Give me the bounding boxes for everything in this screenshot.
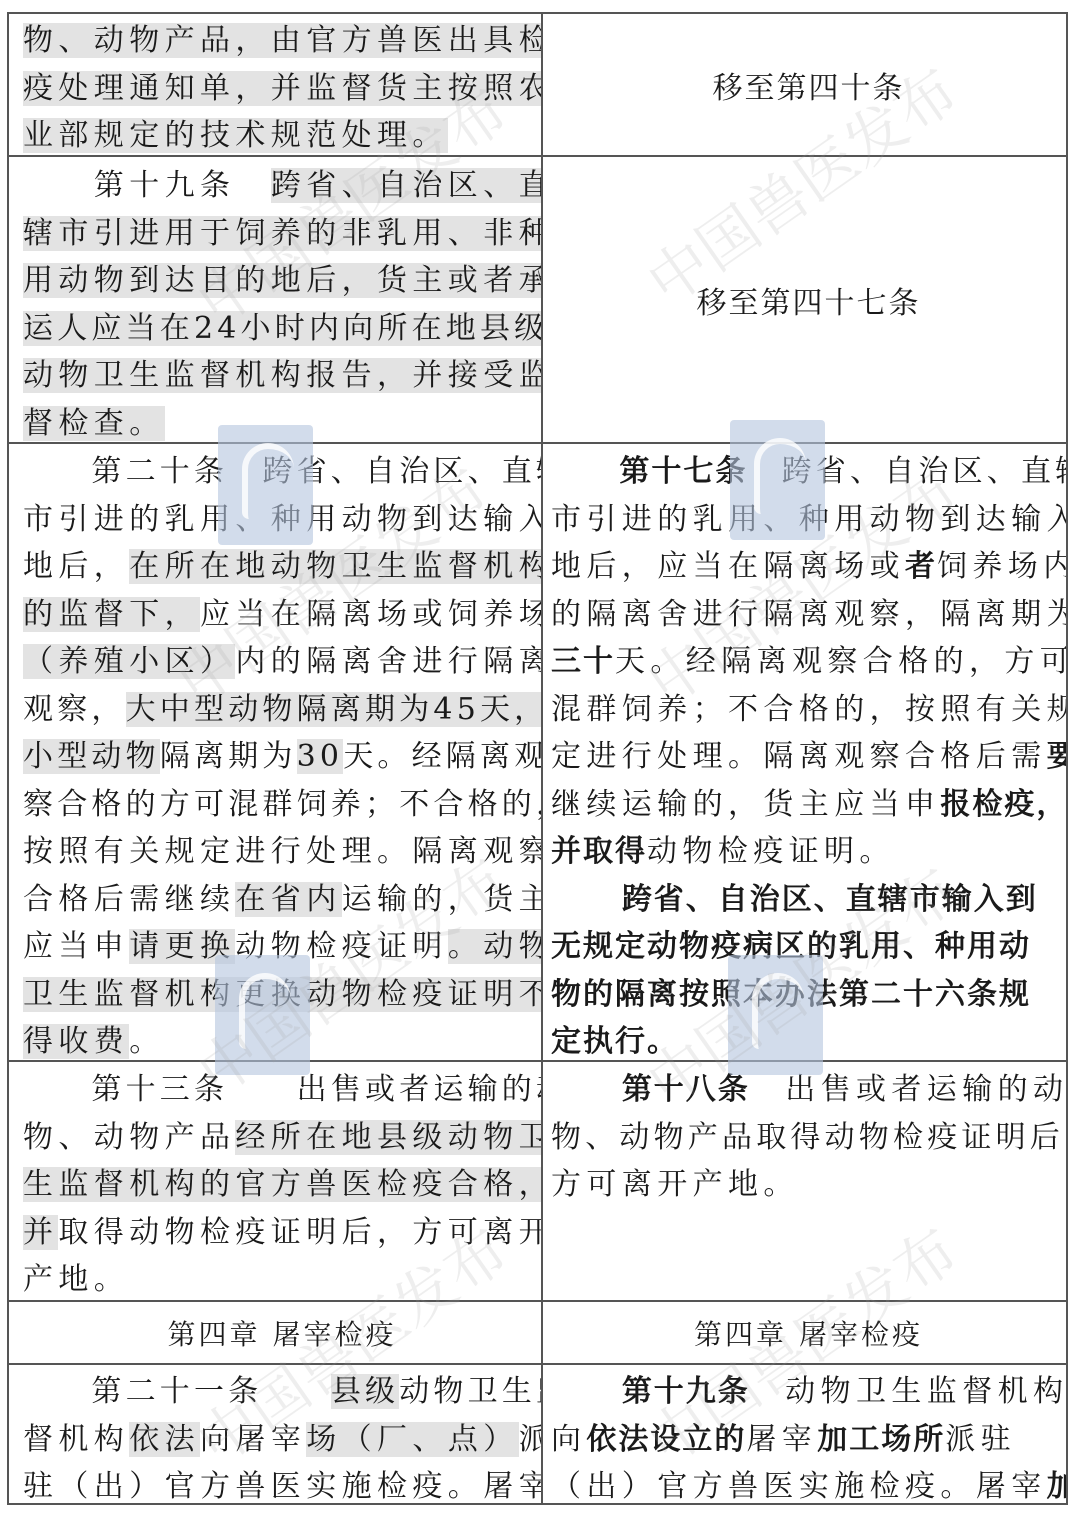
text-line: 应当申请更换动物检疫证明。动物 — [23, 923, 541, 971]
text-line: 观察，大中型动物隔离期为45天， — [23, 686, 541, 734]
highlighted-text: 县级 — [331, 1374, 399, 1409]
text-segment: 动物检疫证明 — [235, 929, 447, 964]
text-segment: 督机构 — [23, 1422, 129, 1457]
text-line: 物、动物产品，由官方兽医出具检 — [23, 17, 541, 65]
bold-revision-text: 三十 — [551, 644, 615, 679]
text-line: 按照有关规定进行处理。隔离观察 — [23, 828, 541, 876]
highlighted-text: 小型动物 — [23, 739, 160, 774]
text-segment: 取得动物检疫证明后，方可离开 — [58, 1215, 543, 1250]
text-segment — [551, 454, 619, 489]
text-line: 物、动物产品取得动物检疫证明后， — [551, 1114, 1066, 1162]
text-line: 第十三条 出售或者运输的动 — [23, 1066, 541, 1114]
text-line: 三十天。经隔离观察合格的，方可 — [551, 638, 1066, 686]
text-line: （出）官方兽医实施检疫。屠宰加 — [551, 1463, 1066, 1503]
bold-revision-text: 加工场所 — [817, 1422, 945, 1457]
table-row: 第二十条 跨省、自治区、直辖市引进的乳用、种用动物到达输入地后，在所在地动物卫生… — [9, 442, 1066, 1060]
text-segment: 向 — [551, 1422, 586, 1457]
bold-revision-text: 要 — [1047, 739, 1066, 774]
text-line: 物、动物产品经所在地县级动物卫 — [23, 1114, 541, 1162]
highlighted-text: 。动物 — [448, 929, 543, 964]
highlighted-text: 辖市引进用于饲养的非乳用、非种 — [23, 216, 543, 251]
text-line: 的隔离舍进行隔离观察，隔离期为 — [551, 591, 1066, 639]
highlighted-text: 依法 — [129, 1422, 200, 1457]
text-segment: 。 — [129, 1024, 164, 1059]
highlighted-text: 并 — [23, 1215, 58, 1250]
text-segment: 跨省、自治区、直辖 — [747, 454, 1066, 489]
text-line: 市引进的乳用、种用动物到达输入 — [23, 496, 541, 544]
text-segment: 物、动物产品取得动物检疫证明后， — [551, 1120, 1066, 1155]
old-text-cell: 物、动物产品，由官方兽医出具检疫处理通知单，并监督货主按照农业部规定的技术规范处… — [9, 14, 543, 155]
text-segment — [551, 882, 622, 917]
text-segment: 屠宰 — [746, 1422, 817, 1457]
text-line: 地后，在所在地动物卫生监督机构 — [23, 543, 541, 591]
text-segment: 的隔离舍进行隔离观察，隔离期为 — [551, 597, 1066, 632]
text-segment: 派 — [519, 1422, 543, 1457]
table-row: 第十三条 出售或者运输的动物、动物产品经所在地县级动物卫生监督机构的官方兽医检疫… — [9, 1060, 1066, 1300]
text-segment: 观察， — [23, 692, 126, 727]
text-segment: 市引进的乳用、种用动物到达输入 — [551, 502, 1066, 537]
new-text-cell: 第十九条 动物卫生监督机构向依法设立的屠宰加工场所派驻（出）官方兽医实施检疫。屠… — [543, 1365, 1066, 1503]
highlighted-text: 大中型动物隔离期为45天， — [126, 692, 543, 727]
text-segment: 饲养场内 — [937, 549, 1066, 584]
highlighted-text: 疫处理通知单，并监督货主按照农 — [23, 71, 543, 106]
old-chapter-cell: 第四章 屠宰检疫 — [9, 1302, 543, 1363]
chapter-heading: 第四章 屠宰检疫 — [23, 1302, 541, 1363]
text-segment: 物、动物产品 — [23, 1120, 235, 1155]
bold-revision-text: 第十七条 — [619, 454, 747, 489]
moved-article-text: 移至第四十条 — [713, 63, 905, 107]
old-text-cell: 第二十一条 县级动物卫生监督机构依法向屠宰场（厂、点）派驻（出）官方兽医实施检疫… — [9, 1365, 543, 1503]
text-segment: 继续运输的，货主应当申 — [551, 787, 940, 822]
new-chapter-cell: 第四章 屠宰检疫 — [543, 1302, 1066, 1363]
text-segment — [551, 1374, 622, 1409]
highlighted-text: 跨省、自治区、直 — [271, 168, 543, 203]
highlighted-text: 场（厂、点） — [306, 1422, 518, 1457]
highlighted-text: 督检查。 — [23, 406, 165, 441]
text-segment: 市引进的乳用、种用动物到达输入 — [23, 502, 543, 537]
bold-revision-text: 第十九条 — [622, 1374, 750, 1409]
highlighted-text: 在省内 — [235, 882, 341, 917]
bold-revision-text: 跨省、自治区、直辖市输入到 — [622, 882, 1038, 917]
text-line: 合格后需继续在省内运输的，货主 — [23, 876, 541, 924]
highlighted-text: 的监督下， — [23, 597, 200, 632]
text-line: 用动物到达目的地后，货主或者承 — [23, 257, 541, 305]
bold-revision-text: 报检疫， — [940, 787, 1066, 822]
old-text-cell: 第十三条 出售或者运输的动物、动物产品经所在地县级动物卫生监督机构的官方兽医检疫… — [9, 1062, 543, 1300]
text-line: 得收费。 — [23, 1018, 541, 1060]
new-text-cell: 第十七条 跨省、自治区、直辖市引进的乳用、种用动物到达输入地后，应当在隔离场或者… — [543, 444, 1066, 1060]
chapter-heading: 第四章 屠宰检疫 — [551, 1302, 1066, 1363]
highlighted-text: 经所在地县级动物卫 — [235, 1120, 543, 1155]
text-segment: 地后，应当在隔离场或 — [551, 549, 905, 584]
text-line: 生监督机构的官方兽医检疫合格， — [23, 1161, 541, 1209]
text-segment: 天。经隔离观 — [343, 739, 543, 774]
text-segment: 应当申 — [23, 929, 129, 964]
text-line: 督机构依法向屠宰场（厂、点）派 — [23, 1416, 541, 1464]
text-line: 小型动物隔离期为30天。经隔离观 — [23, 733, 541, 781]
highlighted-text: 业部规定的技术规范处理。 — [23, 118, 448, 153]
text-line: 察合格的方可混群饲养；不合格的， — [23, 781, 541, 829]
highlighted-text: 请更换 — [129, 929, 235, 964]
text-segment: 方可离开产地。 — [551, 1167, 799, 1202]
bold-revision-text: 并取得 — [551, 834, 647, 869]
bold-revision-text: 无规定动物疫病区的乳用、种用动 — [551, 929, 1031, 964]
moved-article-note: 移至第四十七条 — [551, 157, 1066, 442]
moved-article-note: 移至第四十条 — [551, 14, 1066, 155]
text-segment: 合格后需继续 — [23, 882, 235, 917]
text-segment: 动物卫生监督机构 — [750, 1374, 1066, 1409]
text-segment: 混群饲养；不合格的，按照有关规 — [551, 692, 1066, 727]
highlighted-text: 动物卫生监督机构报告，并接受监 — [23, 358, 543, 393]
text-line: 的监督下，应当在隔离场或饲养场 — [23, 591, 541, 639]
bold-revision-text: 定执行。 — [551, 1024, 679, 1059]
text-line: 驻（出）官方兽医实施检疫。屠宰 — [23, 1463, 541, 1503]
text-line: 业部规定的技术规范处理。 — [23, 112, 541, 155]
new-text-cell: 第十八条 出售或者运输的动物、动物产品取得动物检疫证明后，方可离开产地。 — [543, 1062, 1066, 1300]
text-line: 跨省、自治区、直辖市输入到 — [551, 876, 1066, 924]
text-line: （养殖小区）内的隔离舍进行隔离 — [23, 638, 541, 686]
text-segment: 内的隔离舍进行隔离 — [235, 644, 543, 679]
text-line: 市引进的乳用、种用动物到达输入 — [551, 496, 1066, 544]
text-segment: 第十三条 出售或者运输的动 — [23, 1072, 543, 1107]
text-segment: 产地。 — [23, 1262, 129, 1297]
text-line: 定进行处理。隔离观察合格后需要 — [551, 733, 1066, 781]
bold-revision-text: 物的隔离按照本办法第二十六条规 — [551, 977, 1031, 1012]
table-row: 物、动物产品，由官方兽医出具检疫处理通知单，并监督货主按照农业部规定的技术规范处… — [9, 14, 1066, 155]
text-line: 方可离开产地。 — [551, 1161, 1066, 1209]
text-line: 督检查。 — [23, 400, 541, 443]
highlighted-text: 30 — [297, 739, 344, 774]
highlighted-text: 运人应当在24小时内向所在地县级 — [23, 311, 543, 346]
text-line: 第十九条 动物卫生监督机构 — [551, 1368, 1066, 1416]
highlighted-text: 得收费 — [23, 1024, 129, 1059]
text-segment: 出售或者运输的动 — [750, 1072, 1066, 1107]
text-segment: 派驻 — [945, 1422, 1016, 1457]
text-line: 物的隔离按照本办法第二十六条规 — [551, 971, 1066, 1019]
text-line: 疫处理通知单，并监督货主按照农 — [23, 65, 541, 113]
text-line: 运人应当在24小时内向所在地县级 — [23, 305, 541, 353]
chapter-row: 第四章 屠宰检疫 第四章 屠宰检疫 — [9, 1300, 1066, 1363]
text-line: 第二十一条 县级动物卫生监 — [23, 1368, 541, 1416]
moved-article-text: 移至第四十七条 — [697, 278, 921, 322]
text-line: 动物卫生监督机构报告，并接受监 — [23, 352, 541, 400]
text-segment: 驻（出）官方兽医实施检疫。屠宰 — [23, 1469, 543, 1503]
table-row: 第二十一条 县级动物卫生监督机构依法向屠宰场（厂、点）派驻（出）官方兽医实施检疫… — [9, 1363, 1066, 1503]
text-segment: 察合格的方可混群饲养；不合格的， — [23, 787, 543, 822]
text-segment: 动物卫生监 — [399, 1374, 543, 1409]
text-line: 第十八条 出售或者运输的动 — [551, 1066, 1066, 1114]
text-segment: 定进行处理。隔离观察合格后需 — [551, 739, 1047, 774]
text-segment: 向屠宰 — [200, 1422, 306, 1457]
text-segment: 第十九条 — [23, 168, 271, 203]
text-segment: 天。经隔离观察合格的，方可 — [615, 644, 1066, 679]
text-line: 无规定动物疫病区的乳用、种用动 — [551, 923, 1066, 971]
text-line: 产地。 — [23, 1256, 541, 1300]
text-line: 卫生监督机构更换动物检疫证明不 — [23, 971, 541, 1019]
text-line: 向依法设立的屠宰加工场所派驻 — [551, 1416, 1066, 1464]
bold-revision-text: 依法设立的 — [586, 1422, 746, 1457]
text-segment — [551, 1072, 622, 1107]
text-line: 第十九条 跨省、自治区、直 — [23, 162, 541, 210]
highlighted-text: 生监督机构的官方兽医检疫合格， — [23, 1167, 543, 1202]
old-text-cell: 第十九条 跨省、自治区、直辖市引进用于饲养的非乳用、非种用动物到达目的地后，货主… — [9, 157, 543, 442]
bold-revision-text: 第十八条 — [622, 1072, 750, 1107]
text-line: 第十七条 跨省、自治区、直辖 — [551, 448, 1066, 496]
text-segment: 隔离期为 — [160, 739, 297, 774]
highlighted-text: （养殖小区） — [23, 644, 235, 679]
text-line: 辖市引进用于饲养的非乳用、非种 — [23, 210, 541, 258]
text-segment: 按照有关规定进行处理。隔离观察 — [23, 834, 543, 869]
highlighted-text: 卫生监督机构更换动物检疫证明不 — [23, 977, 543, 1012]
highlighted-text: 物、动物产品，由官方兽医出具检 — [23, 23, 543, 58]
text-segment: 运输的，货主 — [342, 882, 543, 917]
highlighted-text: 用动物到达目的地后，货主或者承 — [23, 263, 543, 298]
new-text-cell: 移至第四十条 — [543, 14, 1066, 155]
text-segment: 应当在隔离场或饲养场 — [200, 597, 543, 632]
text-segment: （出）官方兽医实施检疫。屠宰 — [551, 1469, 1047, 1503]
text-line: 并取得动物检疫证明。 — [551, 828, 1066, 876]
text-line: 第二十条 跨省、自治区、直辖 — [23, 448, 541, 496]
highlighted-text: 在所在地动物卫生监督机构 — [129, 549, 543, 584]
text-line: 继续运输的，货主应当申报检疫， — [551, 781, 1066, 829]
old-text-cell: 第二十条 跨省、自治区、直辖市引进的乳用、种用动物到达输入地后，在所在地动物卫生… — [9, 444, 543, 1060]
text-line: 定执行。 — [551, 1018, 1066, 1060]
text-segment: 第二十条 跨省、自治区、直辖 — [23, 454, 543, 489]
text-line: 混群饲养；不合格的，按照有关规 — [551, 686, 1066, 734]
text-segment: 第二十一条 — [23, 1374, 331, 1409]
bold-revision-text: 加 — [1047, 1469, 1066, 1503]
comparison-table: 物、动物产品，由官方兽医出具检疫处理通知单，并监督货主按照农业部规定的技术规范处… — [7, 12, 1068, 1505]
text-line: 地后，应当在隔离场或者饲养场内 — [551, 543, 1066, 591]
bold-revision-text: 者 — [905, 549, 937, 584]
text-line: 并取得动物检疫证明后，方可离开 — [23, 1209, 541, 1257]
table-row: 第十九条 跨省、自治区、直辖市引进用于饲养的非乳用、非种用动物到达目的地后，货主… — [9, 155, 1066, 442]
text-segment: 动物检疫证明。 — [647, 834, 895, 869]
text-segment: 地后， — [23, 549, 129, 584]
new-text-cell: 移至第四十七条 — [543, 157, 1066, 442]
